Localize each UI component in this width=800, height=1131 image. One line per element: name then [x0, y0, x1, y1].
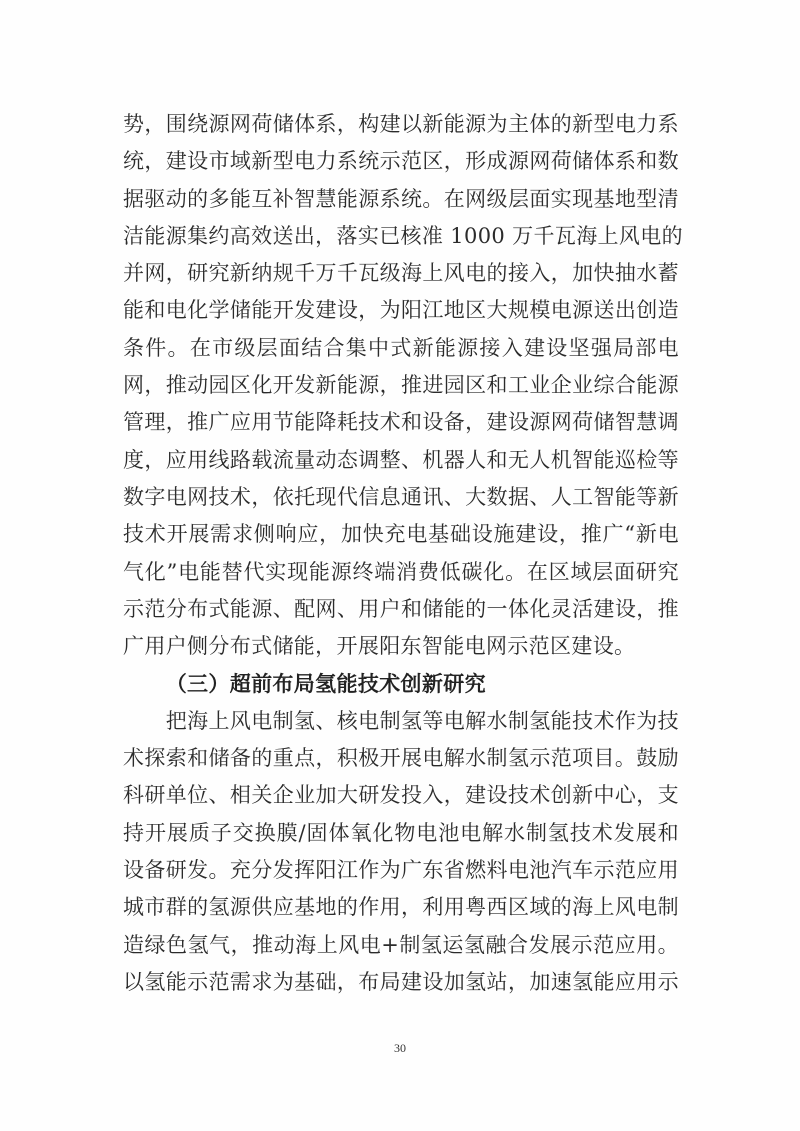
text-line: 以氢能示范需求为基础，布局建设加氢站，加速氢能应用示: [123, 964, 679, 1001]
paragraph-hydrogen: 把海上风电制氢、核电制氢等电解水制氢能技术作为技 术探索和储备的重点，积极开展电…: [123, 703, 679, 1001]
section-heading: （三）超前布局氢能技术创新研究: [123, 665, 679, 702]
text-line: 度，应用线路载流量动态调整、机器人和无人机智能巡检等: [123, 442, 679, 479]
text-line: 造绿色氢气，推动海上风电+制氢运氢融合发展示范应用。: [123, 927, 679, 964]
text-line: 术探索和储备的重点，积极开展电解水制氢示范项目。鼓励: [123, 740, 679, 777]
text-line: 能和电化学储能开发建设，为阳江地区大规模电源送出创造: [123, 292, 679, 329]
text-line: 管理，推广应用节能降耗技术和设备，建设源网荷储智慧调: [123, 404, 679, 441]
text-line: 统，建设市域新型电力系统示范区，形成源网荷储体系和数: [123, 143, 679, 180]
text-line: 并网，研究新纳规千万千瓦级海上风电的接入，加快抽水蓄: [123, 255, 679, 292]
document-page: 势，围绕源网荷储体系，构建以新能源为主体的新型电力系 统，建设市域新型电力系统示…: [0, 0, 800, 1131]
text-line: 技术开展需求侧响应，加快充电基础设施建设，推广“新电: [123, 516, 679, 553]
page-body: 势，围绕源网荷储体系，构建以新能源为主体的新型电力系 统，建设市域新型电力系统示…: [123, 106, 679, 1001]
text-line: 把海上风电制氢、核电制氢等电解水制氢能技术作为技: [123, 703, 679, 740]
text-line: 广用户侧分布式储能，开展阳东智能电网示范区建设。: [123, 628, 679, 665]
text-line: 科研单位、相关企业加大研发投入，建设技术创新中心，支: [123, 777, 679, 814]
text-line: 城市群的氢源供应基地的作用，利用粤西区域的海上风电制: [123, 889, 679, 926]
section-heading-text: （三）超前布局氢能技术创新研究: [123, 665, 679, 702]
text-line: 网，推动园区化开发新能源，推进园区和工业企业综合能源: [123, 367, 679, 404]
page-number: 30: [0, 1040, 800, 1056]
text-line: 条件。在市级层面结合集中式新能源接入建设坚强局部电: [123, 330, 679, 367]
text-line: 示范分布式能源、配网、用户和储能的一体化灵活建设，推: [123, 591, 679, 628]
text-line: 势，围绕源网荷储体系，构建以新能源为主体的新型电力系: [123, 106, 679, 143]
paragraph-smart-grid: 势，围绕源网荷储体系，构建以新能源为主体的新型电力系 统，建设市域新型电力系统示…: [123, 106, 679, 665]
text-line: 据驱动的多能互补智慧能源系统。在网级层面实现基地型清: [123, 181, 679, 218]
text-line: 设备研发。充分发挥阳江作为广东省燃料电池汽车示范应用: [123, 852, 679, 889]
text-line: 持开展质子交换膜/固体氧化物电池电解水制氢技术发展和: [123, 815, 679, 852]
text-line: 数字电网技术，依托现代信息通讯、大数据、人工智能等新: [123, 479, 679, 516]
text-line: 气化”电能替代实现能源终端消费低碳化。在区域层面研究: [123, 554, 679, 591]
text-line: 洁能源集约高效送出，落实已核准 1000 万千瓦海上风电的: [123, 218, 679, 255]
